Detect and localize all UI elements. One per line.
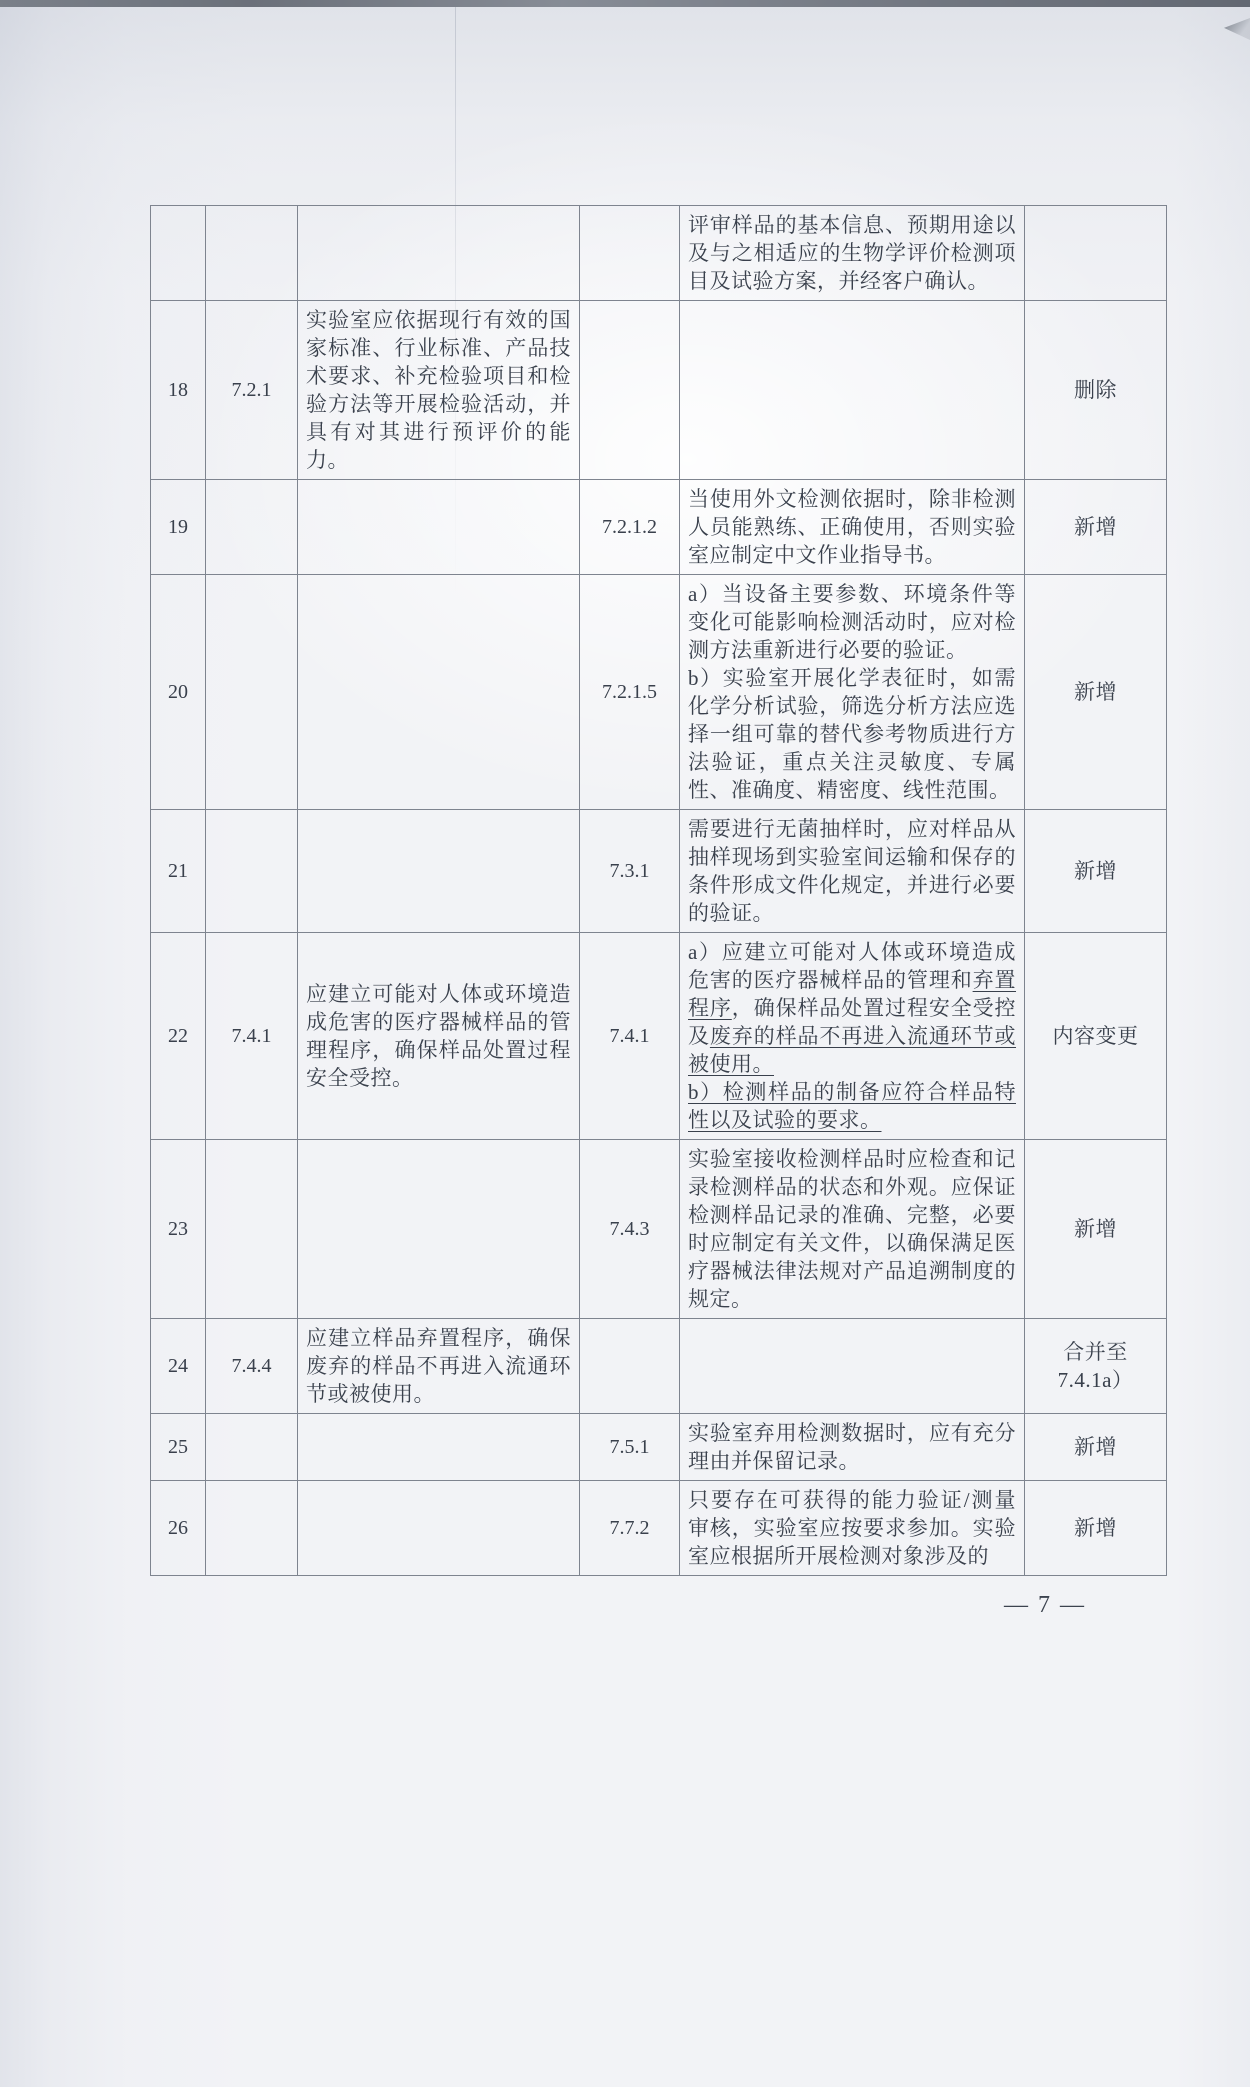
old-text-cell: 实验室应依据现行有效的国家标准、行业标准、产品技术要求、补充检验项目和检验方法等… (298, 301, 580, 480)
new-clause-cell: 7.4.3 (580, 1140, 680, 1319)
old-text-cell (298, 480, 580, 575)
row-number-cell: 23 (151, 1140, 206, 1319)
plain-text: 应建立样品弃置程序，确保废弃的样品不再进入流通环节或被使用。 (306, 1326, 571, 1406)
old-text-cell: 应建立可能对人体或环境造成危害的医疗器械样品的管理程序，确保样品处置过程安全受控… (298, 933, 580, 1140)
text-paragraph: 应建立样品弃置程序，确保废弃的样品不再进入流通环节或被使用。 (306, 1324, 571, 1408)
old-text-cell (298, 206, 580, 301)
plain-text: 实验室应依据现行有效的国家标准、行业标准、产品技术要求、补充检验项目和检验方法等… (306, 308, 571, 472)
plain-text: 应建立可能对人体或环境造成危害的医疗器械样品的管理程序，确保样品处置过程安全受控… (306, 982, 571, 1090)
table-row: 217.3.1需要进行无菌抽样时，应对样品从抽样现场到实验室间运输和保存的条件形… (151, 810, 1167, 933)
old-clause-cell (206, 206, 298, 301)
text-paragraph: 实验室应依据现行有效的国家标准、行业标准、产品技术要求、补充检验项目和检验方法等… (306, 306, 571, 474)
change-type-cell: 新增 (1025, 575, 1167, 810)
new-text-cell: a）当设备主要参数、环境条件等变化可能影响检测活动时，应对检测方法重新进行必要的… (680, 575, 1025, 810)
old-clause-cell: 7.4.1 (206, 933, 298, 1140)
plain-text: a）当设备主要参数、环境条件等变化可能影响检测活动时，应对检测方法重新进行必要的… (688, 582, 1016, 662)
new-clause-cell: 7.4.1 (580, 933, 680, 1140)
change-type-line: 新增 (1029, 1514, 1162, 1542)
new-text-cell: 需要进行无菌抽样时，应对样品从抽样现场到实验室间运输和保存的条件形成文件化规定，… (680, 810, 1025, 933)
new-text-cell: 评审样品的基本信息、预期用途以及与之相适应的生物学评价检测项目及试验方案，并经客… (680, 206, 1025, 301)
row-number-cell: 20 (151, 575, 206, 810)
old-clause-cell (206, 480, 298, 575)
change-type-cell: 内容变更 (1025, 933, 1167, 1140)
row-number-cell (151, 206, 206, 301)
plain-text: 评审样品的基本信息、预期用途以及与之相适应的生物学评价检测项目及试验方案，并经客… (688, 213, 1016, 293)
text-paragraph: b）检测样品的制备应符合样品特性以及试验的要求。 (688, 1078, 1016, 1134)
new-text-cell: a）应建立可能对人体或环境造成危害的医疗器械样品的管理和弃置程序，确保样品处置过… (680, 933, 1025, 1140)
row-number-cell: 26 (151, 1481, 206, 1576)
new-text-cell: 只要存在可获得的能力验证/测量审核，实验室应按要求参加。实验室应根据所开展检测对… (680, 1481, 1025, 1576)
row-number-cell: 25 (151, 1414, 206, 1481)
comparison-table: 评审样品的基本信息、预期用途以及与之相适应的生物学评价检测项目及试验方案，并经客… (150, 205, 1167, 1576)
table-row: 267.7.2只要存在可获得的能力验证/测量审核，实验室应按要求参加。实验室应根… (151, 1481, 1167, 1576)
old-clause-cell (206, 1414, 298, 1481)
change-type-line: 内容变更 (1029, 1022, 1162, 1050)
row-number-cell: 22 (151, 933, 206, 1140)
change-type-cell: 删除 (1025, 301, 1167, 480)
new-clause-cell: 7.3.1 (580, 810, 680, 933)
table-row: 评审样品的基本信息、预期用途以及与之相适应的生物学评价检测项目及试验方案，并经客… (151, 206, 1167, 301)
row-number-cell: 21 (151, 810, 206, 933)
plain-text: 实验室接收检测样品时应检查和记录检测样品的状态和外观。应保证检测样品记录的准确、… (688, 1147, 1016, 1311)
plain-text: a）应建立可能对人体或环境造成危害的医疗器械样品的管理和 (688, 940, 1016, 992)
text-paragraph: 需要进行无菌抽样时，应对样品从抽样现场到实验室间运输和保存的条件形成文件化规定，… (688, 815, 1016, 927)
new-text-cell: 当使用外文检测依据时，除非检测人员能熟练、正确使用，否则实验室应制定中文作业指导… (680, 480, 1025, 575)
change-type-cell: 新增 (1025, 1414, 1167, 1481)
change-type-line: 7.4.1a） (1029, 1366, 1162, 1394)
old-text-cell (298, 1414, 580, 1481)
scan-corner-mark (1224, 18, 1250, 40)
table-row: 207.2.1.5a）当设备主要参数、环境条件等变化可能影响检测活动时，应对检测… (151, 575, 1167, 810)
text-paragraph: b）实验室开展化学表征时，如需化学分析试验，筛选分析方法应选择一组可靠的替代参考… (688, 664, 1016, 804)
change-type-cell (1025, 206, 1167, 301)
change-type-cell: 新增 (1025, 1481, 1167, 1576)
new-text-cell (680, 1319, 1025, 1414)
table-row: 247.4.4应建立样品弃置程序，确保废弃的样品不再进入流通环节或被使用。合并至… (151, 1319, 1167, 1414)
underlined-text: 废弃的样品不再进入流通环节或被使用。 (688, 1024, 1016, 1076)
text-paragraph: 只要存在可获得的能力验证/测量审核，实验室应按要求参加。实验室应根据所开展检测对… (688, 1486, 1016, 1570)
old-text-cell (298, 1481, 580, 1576)
plain-text: 只要存在可获得的能力验证/测量审核，实验室应按要求参加。实验室应根据所开展检测对… (688, 1488, 1016, 1568)
change-type-cell: 新增 (1025, 480, 1167, 575)
old-clause-cell (206, 575, 298, 810)
new-text-cell: 实验室接收检测样品时应检查和记录检测样品的状态和外观。应保证检测样品记录的准确、… (680, 1140, 1025, 1319)
plain-text: b）实验室开展化学表征时，如需化学分析试验，筛选分析方法应选择一组可靠的替代参考… (688, 666, 1016, 802)
old-clause-cell (206, 810, 298, 933)
comparison-table-body: 评审样品的基本信息、预期用途以及与之相适应的生物学评价检测项目及试验方案，并经客… (151, 206, 1167, 1576)
text-paragraph: a）当设备主要参数、环境条件等变化可能影响检测活动时，应对检测方法重新进行必要的… (688, 580, 1016, 664)
old-text-cell (298, 810, 580, 933)
change-type-cell: 合并至7.4.1a） (1025, 1319, 1167, 1414)
table-row: 187.2.1实验室应依据现行有效的国家标准、行业标准、产品技术要求、补充检验项… (151, 301, 1167, 480)
text-paragraph: 当使用外文检测依据时，除非检测人员能熟练、正确使用，否则实验室应制定中文作业指导… (688, 485, 1016, 569)
plain-text: 实验室弃用检测数据时，应有充分理由并保留记录。 (688, 1421, 1016, 1473)
old-clause-cell (206, 1481, 298, 1576)
change-type-cell: 新增 (1025, 1140, 1167, 1319)
new-clause-cell (580, 301, 680, 480)
old-text-cell: 应建立样品弃置程序，确保废弃的样品不再进入流通环节或被使用。 (298, 1319, 580, 1414)
old-clause-cell: 7.4.4 (206, 1319, 298, 1414)
text-paragraph: 评审样品的基本信息、预期用途以及与之相适应的生物学评价检测项目及试验方案，并经客… (688, 211, 1016, 295)
page-number: — 7 — (975, 1592, 1115, 1619)
old-text-cell (298, 575, 580, 810)
new-clause-cell: 7.2.1.5 (580, 575, 680, 810)
row-number-cell: 18 (151, 301, 206, 480)
text-paragraph: a）应建立可能对人体或环境造成危害的医疗器械样品的管理和弃置程序，确保样品处置过… (688, 938, 1016, 1078)
scan-edge-artifact (0, 0, 1250, 7)
change-type-line: 新增 (1029, 857, 1162, 885)
text-paragraph: 实验室弃用检测数据时，应有充分理由并保留记录。 (688, 1419, 1016, 1475)
new-clause-cell: 7.2.1.2 (580, 480, 680, 575)
new-clause-cell: 7.7.2 (580, 1481, 680, 1576)
table-row: 197.2.1.2当使用外文检测依据时，除非检测人员能熟练、正确使用，否则实验室… (151, 480, 1167, 575)
underlined-text: b）检测样品的制备应符合样品特性以及试验的要求。 (688, 1080, 1016, 1132)
old-text-cell (298, 1140, 580, 1319)
new-text-cell: 实验室弃用检测数据时，应有充分理由并保留记录。 (680, 1414, 1025, 1481)
table-row: 237.4.3实验室接收检测样品时应检查和记录检测样品的状态和外观。应保证检测样… (151, 1140, 1167, 1319)
text-paragraph: 应建立可能对人体或环境造成危害的医疗器械样品的管理程序，确保样品处置过程安全受控… (306, 980, 571, 1092)
plain-text: 当使用外文检测依据时，除非检测人员能熟练、正确使用，否则实验室应制定中文作业指导… (688, 487, 1016, 567)
text-paragraph: 实验室接收检测样品时应检查和记录检测样品的状态和外观。应保证检测样品记录的准确、… (688, 1145, 1016, 1313)
change-type-line: 新增 (1029, 1433, 1162, 1461)
new-clause-cell (580, 1319, 680, 1414)
new-clause-cell: 7.5.1 (580, 1414, 680, 1481)
new-clause-cell (580, 206, 680, 301)
table-row: 227.4.1应建立可能对人体或环境造成危害的医疗器械样品的管理程序，确保样品处… (151, 933, 1167, 1140)
change-type-line: 新增 (1029, 678, 1162, 706)
plain-text: 需要进行无菌抽样时，应对样品从抽样现场到实验室间运输和保存的条件形成文件化规定，… (688, 817, 1016, 925)
change-type-line: 新增 (1029, 513, 1162, 541)
old-clause-cell (206, 1140, 298, 1319)
row-number-cell: 24 (151, 1319, 206, 1414)
table-row: 257.5.1实验室弃用检测数据时，应有充分理由并保留记录。新增 (151, 1414, 1167, 1481)
change-type-line: 删除 (1029, 376, 1162, 404)
row-number-cell: 19 (151, 480, 206, 575)
change-type-line: 合并至 (1029, 1338, 1162, 1366)
change-type-line: 新增 (1029, 1215, 1162, 1243)
new-text-cell (680, 301, 1025, 480)
change-type-cell: 新增 (1025, 810, 1167, 933)
old-clause-cell: 7.2.1 (206, 301, 298, 480)
